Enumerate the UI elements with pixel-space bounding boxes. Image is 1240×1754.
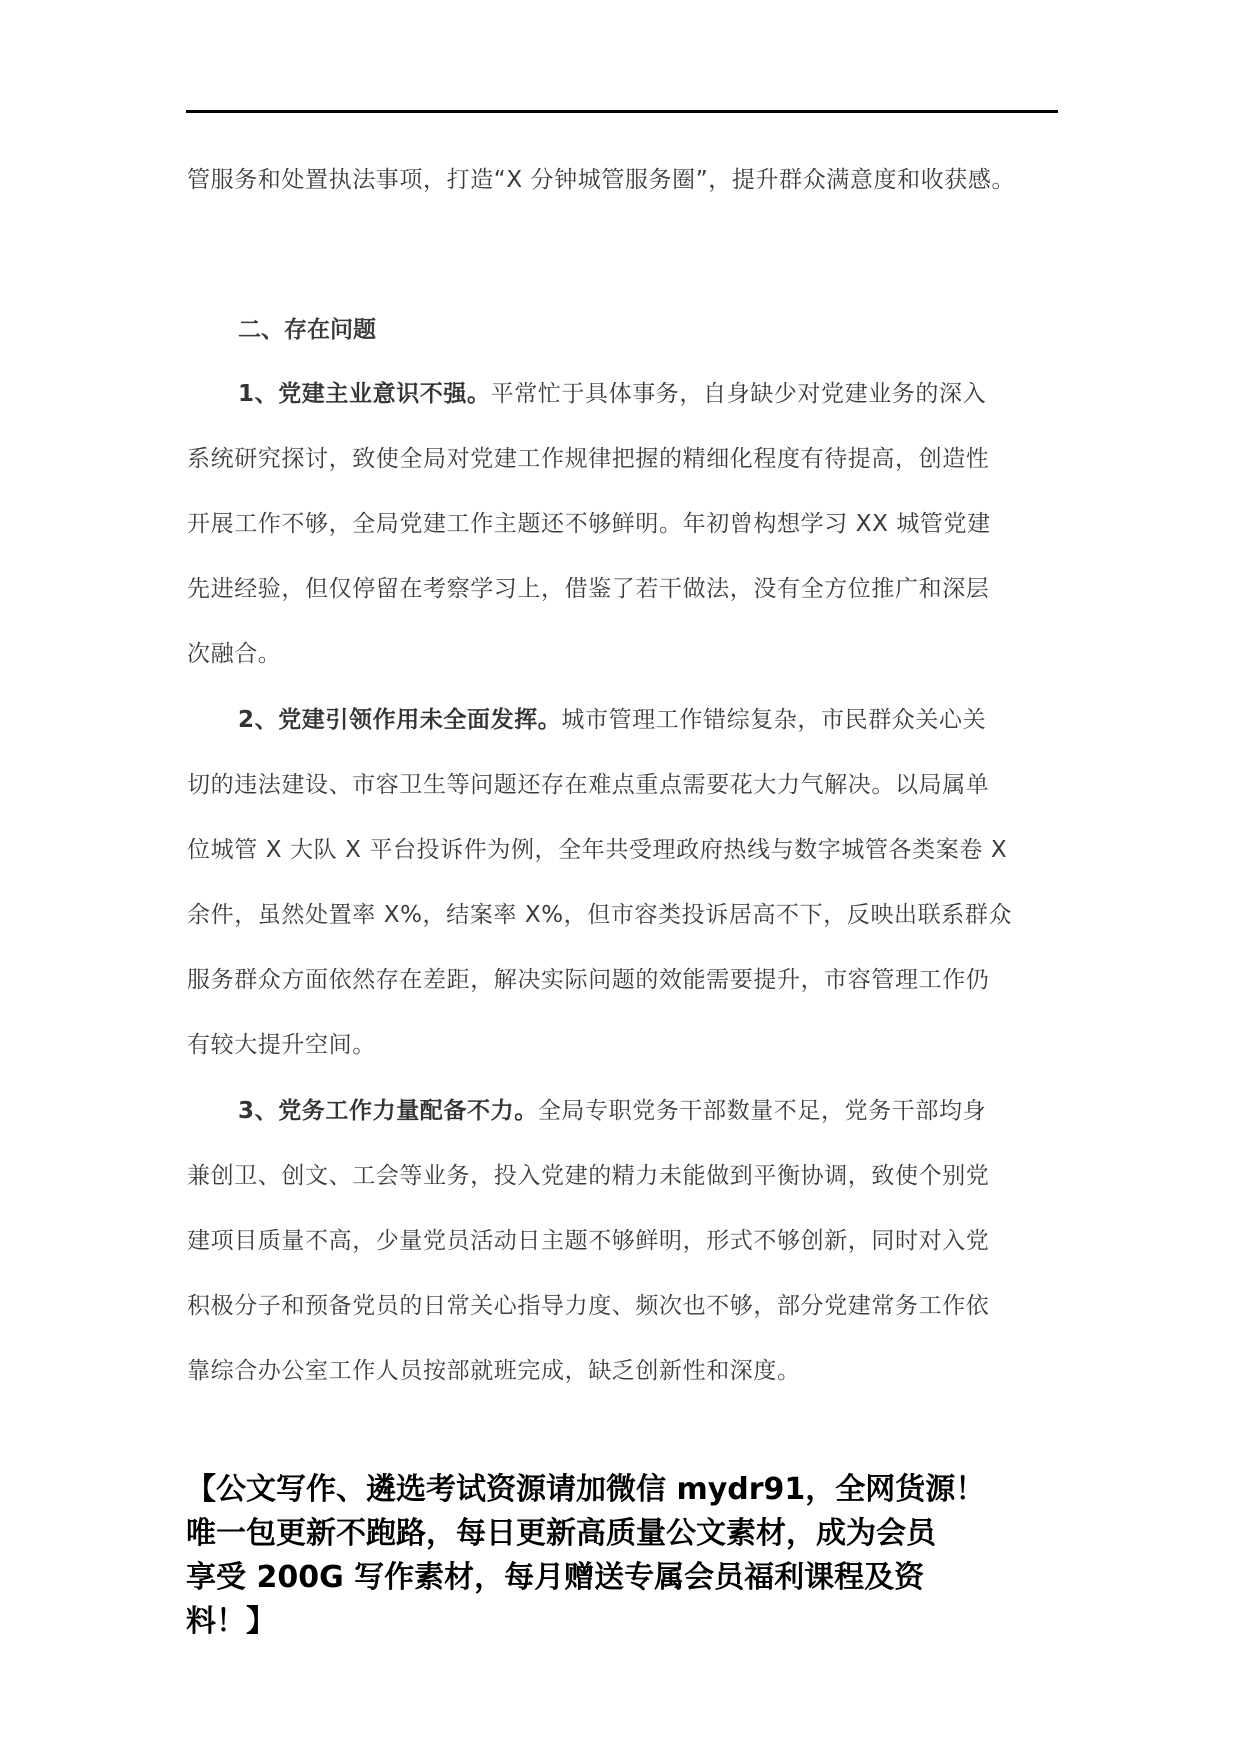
text-line: 有较大提升空间。 [187, 1013, 1059, 1078]
document-page: 管服务和处置执法事项，打造“X 分钟城管服务圈”，提升群众满意度和收获感。 二、… [0, 0, 1240, 1754]
text-line: 系统研究探讨，致使全局对党建工作规律把握的精细化程度有待提高，创造性 [187, 427, 1059, 492]
text-line: 先进经验，但仅停留在考察学习上，借鉴了若干做法，没有全方位推广和深层 [187, 557, 1059, 622]
promo-line: 唯一包更新不跑路，每日更新高质量公文素材，成为会员 [186, 1512, 1066, 1556]
issue-paragraph-2: 2、党建引领作用未全面发挥。城市管理工作错综复杂，市民群众关心关 切的违法建设、… [187, 688, 1059, 1078]
text-line: 切的违法建设、市容卫生等问题还存在难点重点需要花大力气解决。以局属单 [187, 753, 1059, 818]
text-line: 1、党建主业意识不强。平常忙于具体事务，自身缺少对党建业务的深入 [187, 362, 1059, 427]
issue-text: 平常忙于具体事务，自身缺少对党建业务的深入 [491, 381, 987, 407]
text-line: 建项目质量不高，少量党员活动日主题不够鲜明，形式不够创新，同时对入党 [187, 1209, 1059, 1274]
header-rule-divider [186, 110, 1058, 113]
text-line: 次融合。 [187, 622, 1059, 687]
promo-block: 【公文写作、遴选考试资源请加微信 mydr91，全网货源！ 唯一包更新不跑路，每… [186, 1468, 1066, 1644]
text-line: 服务群众方面依然存在差距，解决实际问题的效能需要提升，市容管理工作仍 [187, 948, 1059, 1013]
text-line: 管服务和处置执法事项，打造“X 分钟城管服务圈”，提升群众满意度和收获感。 [187, 148, 1059, 213]
text-line: 靠综合办公室工作人员按部就班完成，缺乏创新性和深度。 [187, 1339, 1059, 1404]
text-line: 3、党务工作力量配备不力。全局专职党务干部数量不足，党务干部均身 [187, 1079, 1059, 1144]
text-line: 积极分子和预备党员的日常关心指导力度、频次也不够，部分党建常务工作依 [187, 1274, 1059, 1339]
intro-paragraph: 管服务和处置执法事项，打造“X 分钟城管服务圈”，提升群众满意度和收获感。 [187, 148, 1059, 213]
text-line: 2、党建引领作用未全面发挥。城市管理工作错综复杂，市民群众关心关 [187, 688, 1059, 753]
text-line: 余件，虽然处置率 X%，结案率 X%，但市容类投诉居高不下，反映出联系群众 [187, 883, 1059, 948]
section-heading: 二、存在问题 [238, 310, 376, 350]
text-line: 位城管 X 大队 X 平台投诉件为例，全年共受理政府热线与数字城管各类案卷 X [187, 818, 1059, 883]
issue-title: 1、党建主业意识不强。 [238, 381, 491, 407]
text-line: 开展工作不够，全局党建工作主题还不够鲜明。年初曾构想学习 XX 城管党建 [187, 492, 1059, 557]
text-line: 兼创卫、创文、工会等业务，投入党建的精力未能做到平衡协调，致使个别党 [187, 1144, 1059, 1209]
issue-text: 全局专职党务干部数量不足，党务干部均身 [538, 1098, 986, 1124]
issue-title: 2、党建引领作用未全面发挥。 [238, 707, 561, 733]
issue-paragraph-3: 3、党务工作力量配备不力。全局专职党务干部数量不足，党务干部均身 兼创卫、创文、… [187, 1079, 1059, 1404]
issue-paragraph-1: 1、党建主业意识不强。平常忙于具体事务，自身缺少对党建业务的深入 系统研究探讨，… [187, 362, 1059, 687]
promo-line: 【公文写作、遴选考试资源请加微信 mydr91，全网货源！ [186, 1468, 1066, 1512]
issue-title: 3、党务工作力量配备不力。 [238, 1098, 538, 1124]
issue-text: 城市管理工作错综复杂，市民群众关心关 [561, 707, 986, 733]
promo-line: 享受 200G 写作素材，每月赠送专属会员福利课程及资 [186, 1556, 1066, 1600]
promo-line: 料！】 [186, 1600, 1066, 1644]
